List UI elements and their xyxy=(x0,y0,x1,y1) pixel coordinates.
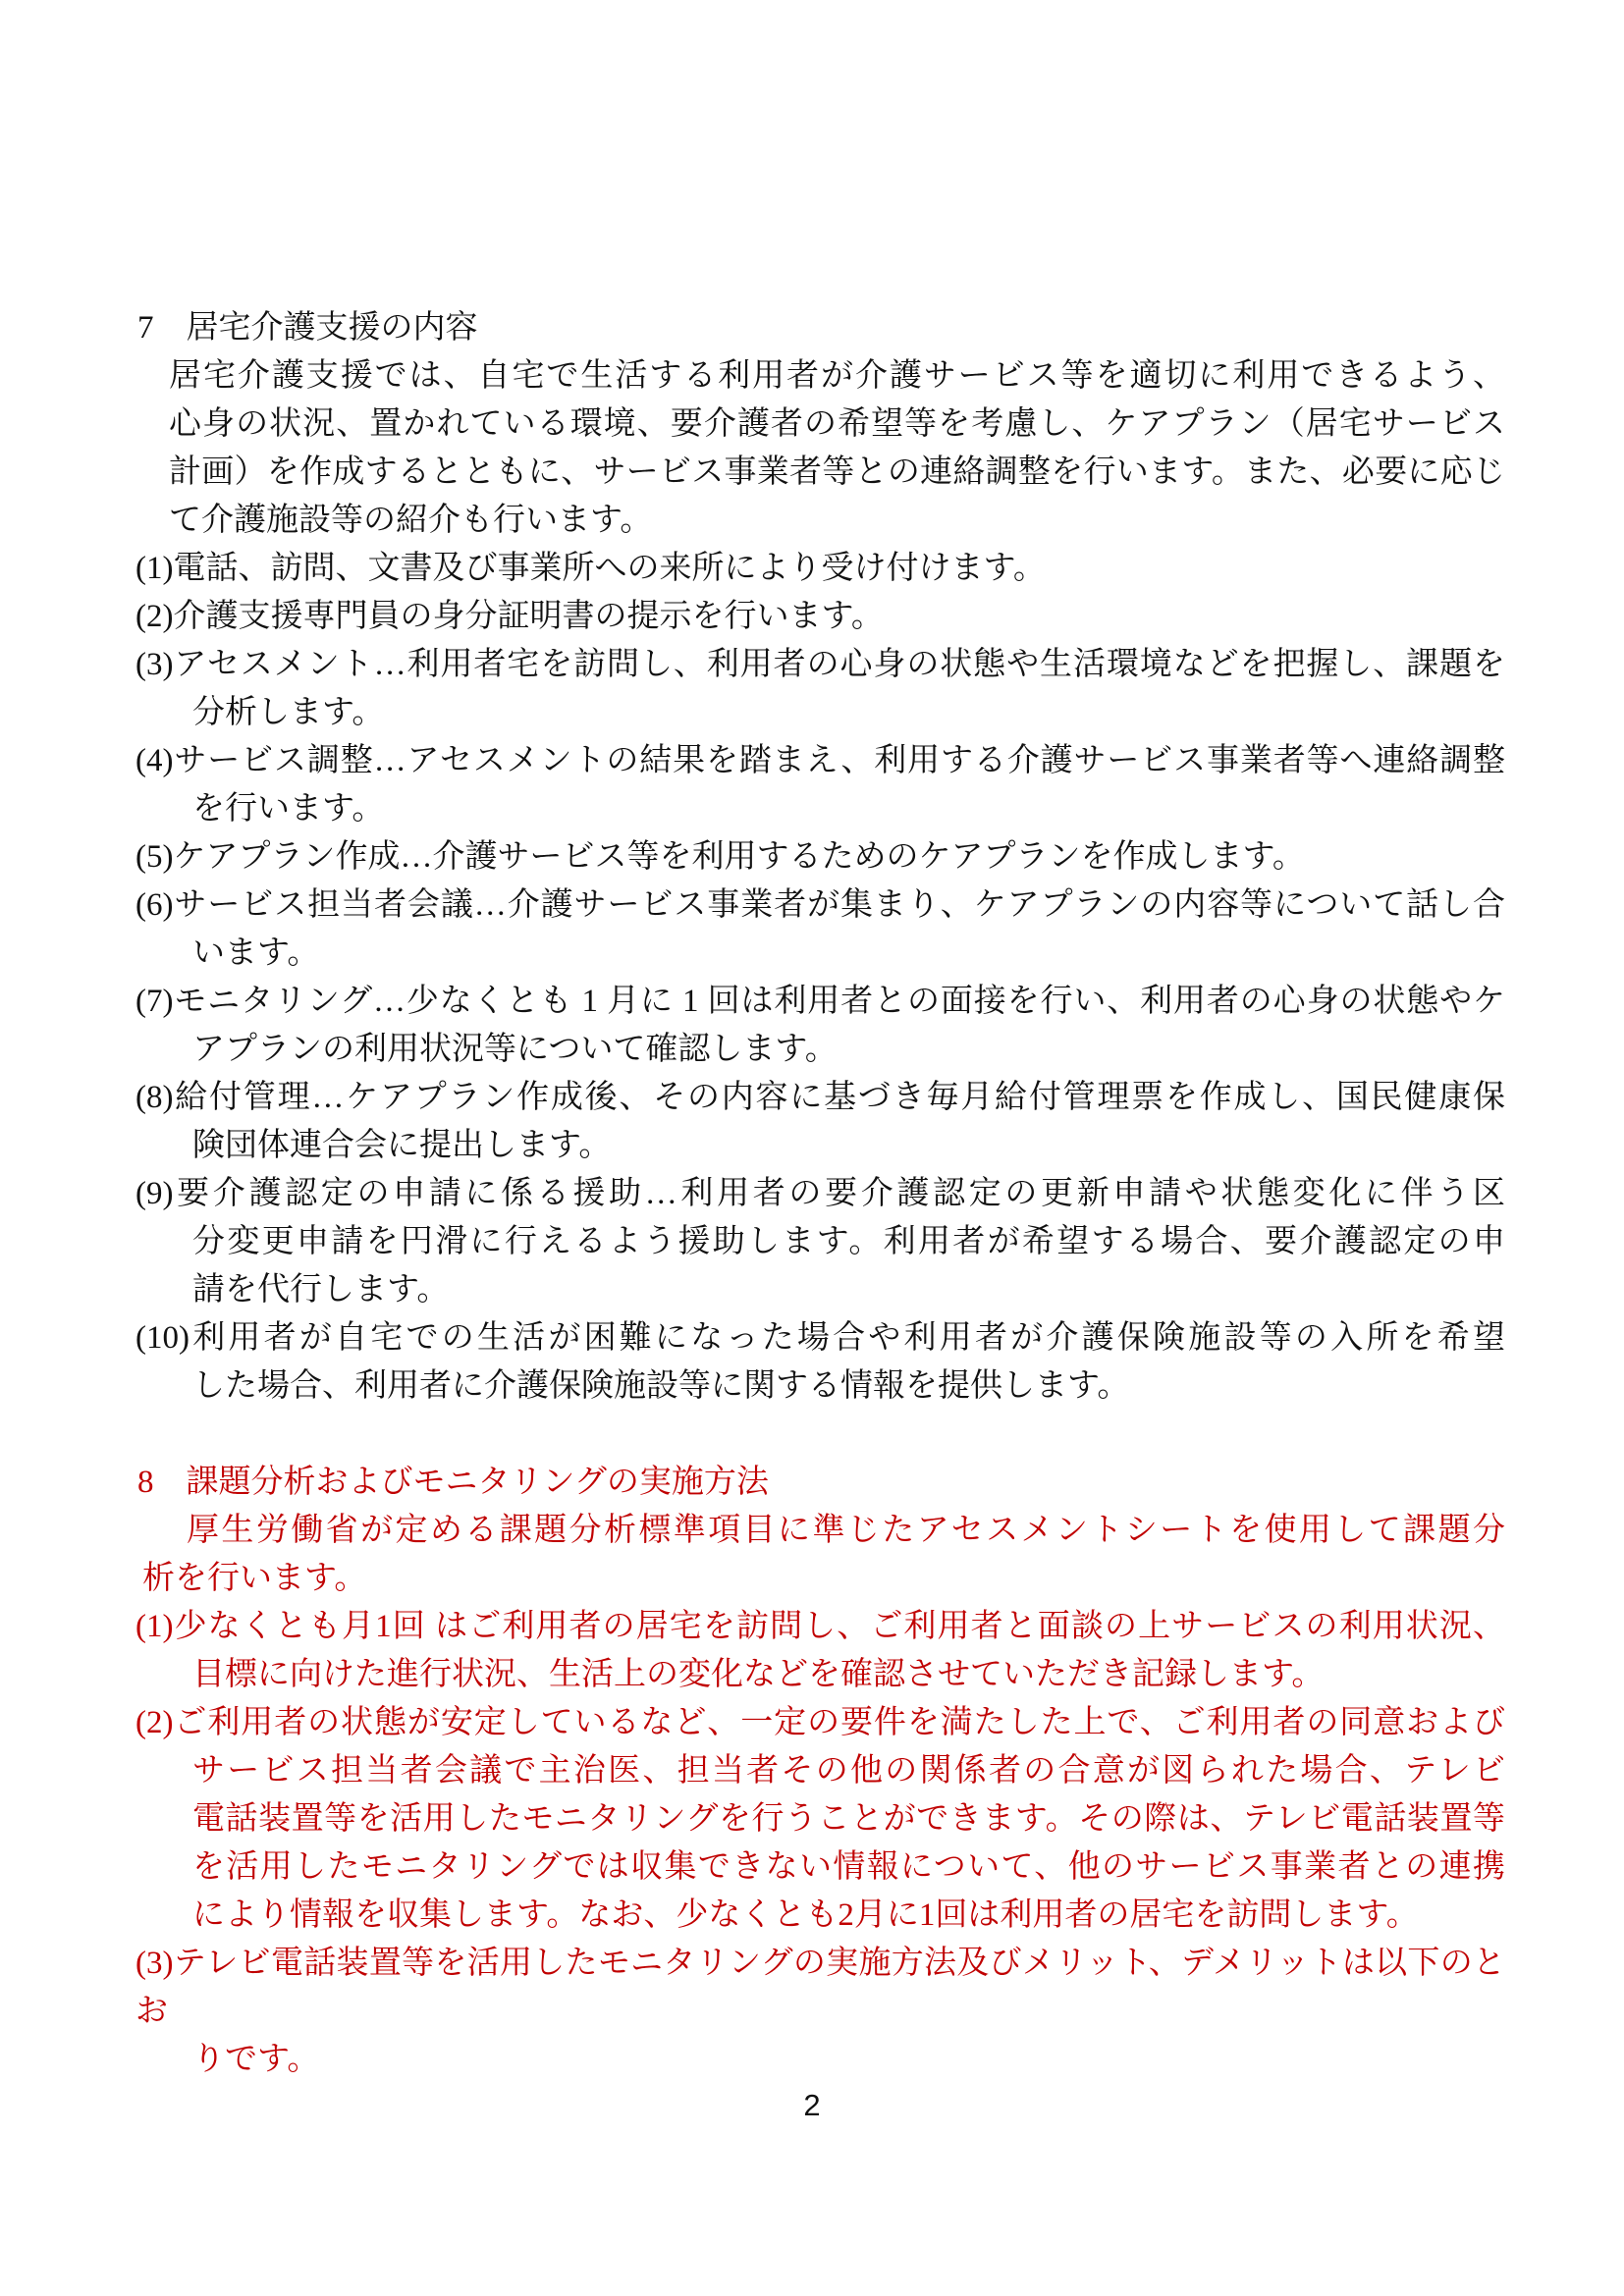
text-line: 厚生労働省が定める課題分析標準項目に準じたアセスメントシートを使用して課題分 xyxy=(187,1507,1505,1555)
text-line: 分析します。 xyxy=(192,689,1505,737)
text-line: (2)介護支援専門員の身分証明書の提示を行います。 xyxy=(135,593,1505,641)
text-line: (1)電話、訪問、文書及び事業所への来所により受け付けます。 xyxy=(135,545,1505,593)
page-number: 2 xyxy=(0,2083,1624,2128)
text-line: 険団体連合会に提出します。 xyxy=(192,1122,1505,1170)
text-line: います。 xyxy=(192,930,1505,978)
text-line: て介護施設等の紹介も行います。 xyxy=(169,497,1505,545)
text-line: (1)少なくとも月1回 はご利用者の居宅を訪問し、ご利用者と面談の上サービスの利… xyxy=(135,1603,1505,1651)
blank-line xyxy=(118,1411,1505,1459)
text-line: (9)要介護認定の申請に係る援助…利用者の要介護認定の更新申請や状態変化に伴う区 xyxy=(135,1170,1505,1218)
text-line: 居宅介護支援では、自宅で生活する利用者が介護サービス等を適切に利用できるよう、 xyxy=(169,352,1505,400)
text-line: を行います。 xyxy=(192,785,1505,833)
text-line: を活用したモニタリングでは収集できない情報について、他のサービス事業者との連携 xyxy=(192,1843,1505,1892)
document-page: 7 居宅介護支援の内容居宅介護支援では、自宅で生活する利用者が介護サービス等を適… xyxy=(0,0,1624,2296)
text-line: 目標に向けた進行状況、生活上の変化などを確認させていただき記録します。 xyxy=(192,1651,1505,1699)
text-line: (4)サービス調整…アセスメントの結果を踏まえ、利用する介護サービス事業者等へ連… xyxy=(135,737,1505,785)
text-line: により情報を収集します。なお、少なくとも2月に1回は利用者の居宅を訪問します。 xyxy=(192,1892,1505,1940)
text-line: (6)サービス担当者会議…介護サービス事業者が集まり、ケアプランの内容等について… xyxy=(135,881,1505,930)
text-line: 計画）を作成するとともに、サービス事業者等との連絡調整を行います。また、必要に応… xyxy=(169,449,1505,497)
text-line: (8)給付管理…ケアプラン作成後、その内容に基づき毎月給付管理票を作成し、国民健… xyxy=(135,1074,1505,1122)
text-line: サービス担当者会議で主治医、担当者その他の関係者の合意が図られた場合、テレビ xyxy=(192,1747,1505,1795)
text-line: (10)利用者が自宅での生活が困難になった場合や利用者が介護保険施設等の入所を希… xyxy=(135,1314,1505,1362)
text-line: 心身の状況、置かれている環境、要介護者の希望等を考慮し、ケアプラン（居宅サービス xyxy=(169,400,1505,449)
text-line: 電話装置等を活用したモニタリングを行うことができます。その際は、テレビ電話装置等 xyxy=(192,1795,1505,1843)
text-line: (5)ケアプラン作成…介護サービス等を利用するためのケアプランを作成します。 xyxy=(135,833,1505,881)
text-line: した場合、利用者に介護保険施設等に関する情報を提供します。 xyxy=(192,1362,1505,1411)
text-line: 請を代行します。 xyxy=(192,1266,1505,1314)
text-line: 7 居宅介護支援の内容 xyxy=(137,304,1505,352)
text-line: 析を行います。 xyxy=(142,1555,1505,1603)
document-body: 7 居宅介護支援の内容居宅介護支援では、自宅で生活する利用者が介護サービス等を適… xyxy=(118,304,1505,2084)
text-line: りです。 xyxy=(192,2036,1505,2084)
text-line: (3)テレビ電話装置等を活用したモニタリングの実施方法及びメリット、デメリットは… xyxy=(135,1940,1505,2036)
text-line: (3)アセスメント…利用者宅を訪問し、利用者の心身の状態や生活環境などを把握し、… xyxy=(135,641,1505,689)
text-line: (7)モニタリング…少なくとも 1 月に 1 回は利用者との面接を行い、利用者の… xyxy=(135,978,1505,1026)
text-line: 分変更申請を円滑に行えるよう援助します。利用者が希望する場合、要介護認定の申 xyxy=(192,1218,1505,1266)
text-line: 8 課題分析およびモニタリングの実施方法 xyxy=(137,1459,1505,1507)
text-line: アプランの利用状況等について確認します。 xyxy=(192,1026,1505,1074)
text-line: (2)ご利用者の状態が安定しているなど、一定の要件を満たした上で、ご利用者の同意… xyxy=(135,1699,1505,1747)
